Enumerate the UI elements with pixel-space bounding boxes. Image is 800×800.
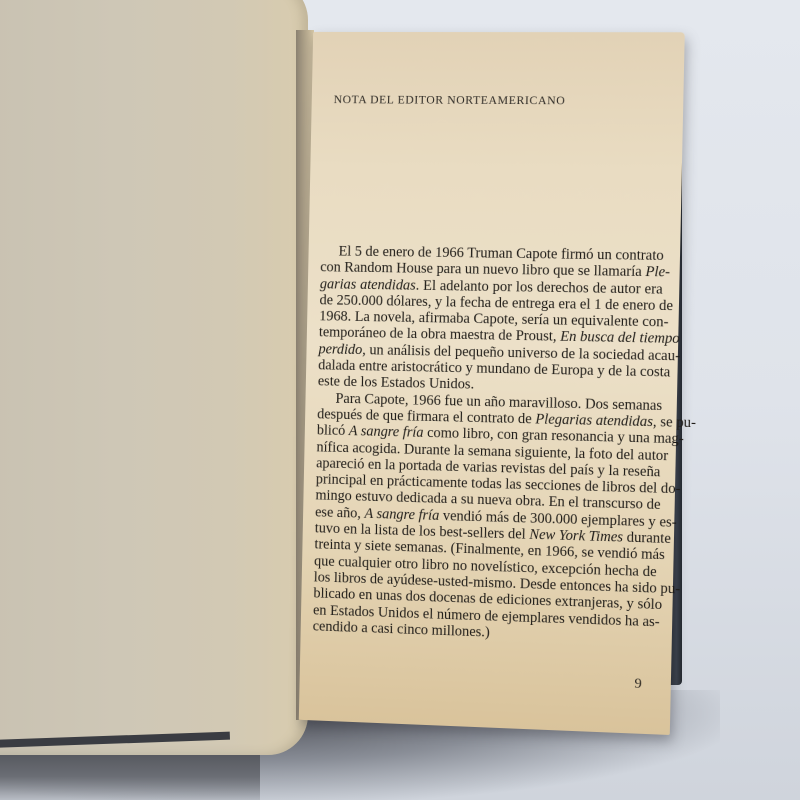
text-segment: blicó <box>317 423 349 440</box>
photo-scene: NOTA DEL EDITOR NORTEAMERICANO El 5 de e… <box>0 0 800 800</box>
body-text: El 5 de enero de 1966 Truman Capote firm… <box>313 243 664 647</box>
italic-title: A sangre fría <box>349 423 424 441</box>
italic-title: perdido <box>318 341 362 358</box>
italic-title: garias atendidas <box>320 276 416 294</box>
italic-title: En busca del tiempo <box>560 329 680 347</box>
italic-title: Ple- <box>645 264 670 281</box>
page-number: 9 <box>634 676 642 693</box>
running-head: NOTA DEL EDITOR NORTEAMERICANO <box>334 94 566 107</box>
paragraph: El 5 de enero de 1966 Truman Capote firm… <box>318 243 664 397</box>
italic-title: A sangre fría <box>364 505 439 523</box>
right-page: NOTA DEL EDITOR NORTEAMERICANO El 5 de e… <box>299 32 685 735</box>
left-page-blank <box>0 0 308 755</box>
text-segment: durante <box>623 529 671 547</box>
text-segment: , se pu- <box>653 414 696 431</box>
text-segment: ese año, <box>315 504 365 521</box>
paragraph: Para Capote, 1966 fue un año maravilloso… <box>313 390 661 647</box>
